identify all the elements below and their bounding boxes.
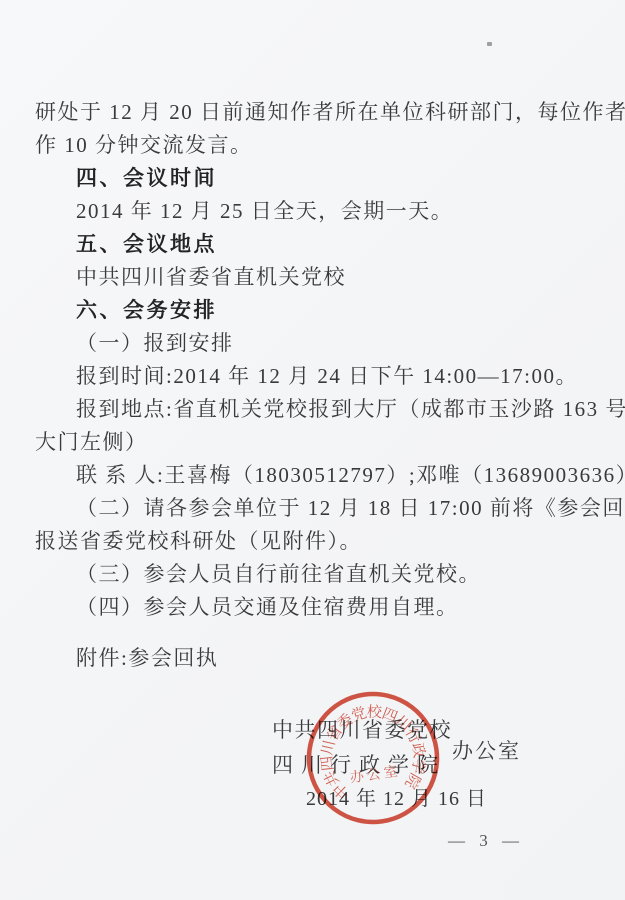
document-line: （三）参会人员自行前往省直机关党校。 (35, 558, 600, 591)
document-line: 报送省委党校科研处（见附件）。 (35, 525, 600, 558)
document-line: 研处于 12 月 20 日前通知作者所在单位科研部门，每位作者 (35, 96, 600, 129)
section-heading: 六、会务安排 (35, 294, 600, 327)
document-line: 报到地点:省直机关党校报到大厅（成都市玉沙路 163 号 (35, 393, 600, 426)
scan-speck (487, 42, 492, 46)
section-heading: 四、会议时间 (35, 162, 600, 195)
seal-center-text: 办公室 (349, 762, 402, 786)
document-line: （四）参会人员交通及住宿费用自理。 (35, 591, 600, 624)
scanned-document-page: 研处于 12 月 20 日前通知作者所在单位科研部门，每位作者作 10 分钟交流… (0, 0, 625, 900)
document-line: 中共四川省委省直机关党校 (35, 261, 600, 294)
signature-office: 办公室 (452, 735, 521, 765)
section-heading: 五、会议地点 (35, 228, 600, 261)
document-line: 附件:参会回执 (35, 642, 600, 675)
official-seal-stamp: 中共四川省委党校四川行政学院 办公室 (277, 662, 469, 854)
document-line: 2014 年 12 月 25 日全天，会期一天。 (35, 195, 600, 228)
document-line: （二）请各参会单位于 12 月 18 日 17:00 前将《参会回执》 (35, 492, 600, 525)
document-line: 联 系 人:王喜梅（18030512797）;邓唯（13689003636） (35, 459, 600, 492)
document-line: 大门左侧） (35, 426, 600, 459)
document-body: 研处于 12 月 20 日前通知作者所在单位科研部门，每位作者作 10 分钟交流… (35, 96, 600, 675)
document-line: 作 10 分钟交流发言。 (35, 129, 600, 162)
page-number: — 3 — (448, 831, 524, 851)
document-line: 报到时间:2014 年 12 月 24 日下午 14:00—17:00。 (35, 360, 600, 393)
document-line: （一）报到安排 (35, 327, 600, 360)
